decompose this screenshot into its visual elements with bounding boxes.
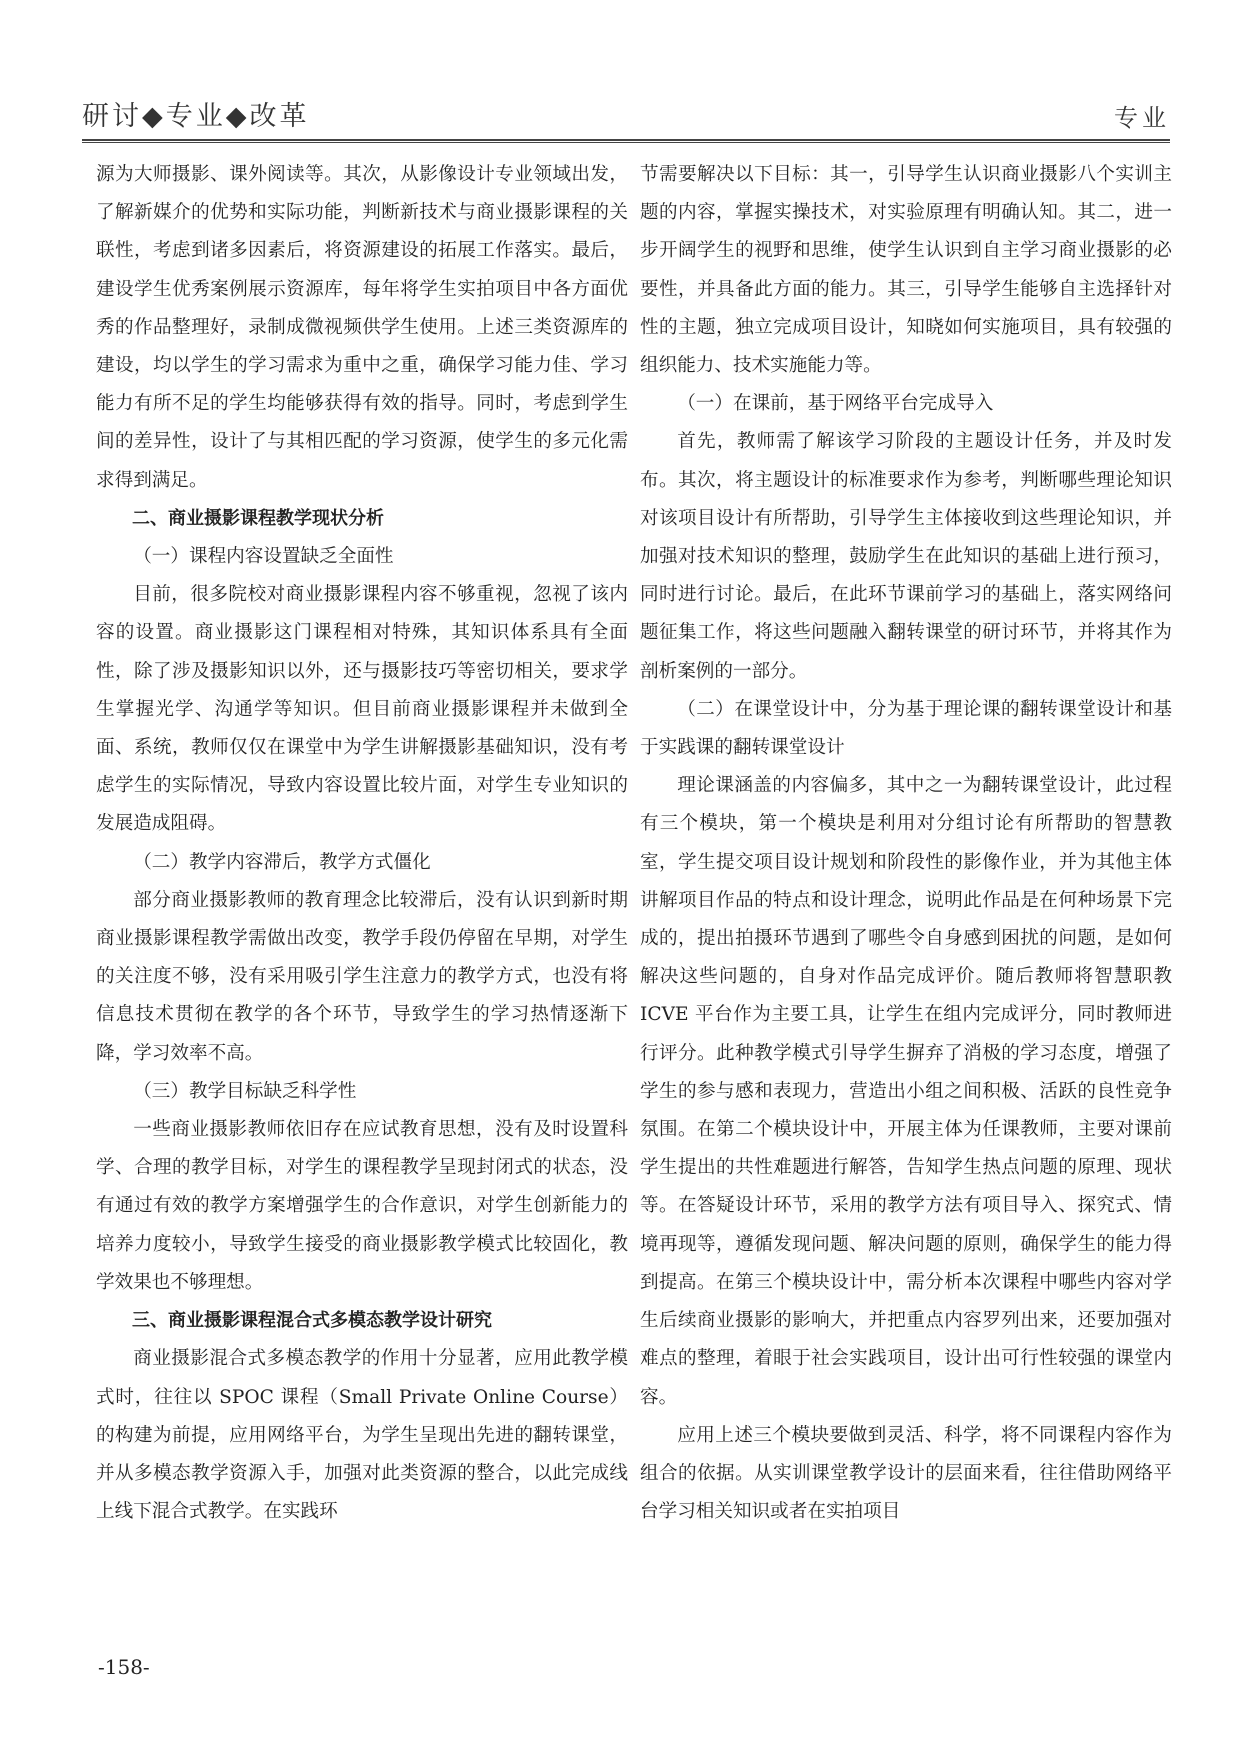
paragraph: 理论课涵盖的内容偏多，其中之一为翻转课堂设计，此过程有三个模块，第一个模块是利用… (640, 767, 1172, 1416)
running-header: 研讨◆专业◆改革 专业 (82, 86, 1170, 146)
left-column: 源为大师摄影、课外阅读等。其次，从影像设计专业领域出发，了解新媒介的优势和实际功… (96, 156, 628, 1531)
paragraph: 目前，很多院校对商业摄影课程内容不够重视，忽视了该内容的设置。商业摄影这门课程相… (96, 576, 628, 843)
subsection-heading: （二）教学内容滞后，教学方式僵化 (96, 844, 628, 882)
header-double-rule (82, 139, 1170, 143)
paragraph: 应用上述三个模块要做到灵活、科学，将不同课程内容作为组合的依据。从实训课堂教学设… (640, 1417, 1172, 1532)
paragraph: 一些商业摄影教师依旧存在应试教育思想，没有及时设置科学、合理的教学目标，对学生的… (96, 1111, 628, 1302)
right-column: 节需要解决以下目标：其一，引导学生认识商业摄影八个实训主题的内容，掌握实操技术，… (640, 156, 1172, 1531)
section-label: 专业 (1114, 98, 1170, 133)
section-heading-3: 三、商业摄影课程混合式多模态教学设计研究 (96, 1302, 628, 1340)
section-heading-2: 二、商业摄影课程教学现状分析 (96, 500, 628, 538)
journal-section-title: 研讨◆专业◆改革 (82, 94, 310, 133)
subsection-heading: （二）在课堂设计中，分为基于理论课的翻转课堂设计和基于实践课的翻转课堂设计 (640, 691, 1172, 767)
paragraph: 源为大师摄影、课外阅读等。其次，从影像设计专业领域出发，了解新媒介的优势和实际功… (96, 156, 628, 500)
subsection-heading: （一）在课前，基于网络平台完成导入 (640, 385, 1172, 423)
paragraph: 首先，教师需了解该学习阶段的主题设计任务，并及时发布。其次，将主题设计的标准要求… (640, 423, 1172, 690)
subsection-heading: （一）课程内容设置缺乏全面性 (96, 538, 628, 576)
paragraph: 部分商业摄影教师的教育理念比较滞后，没有认识到新时期商业摄影课程教学需做出改变，… (96, 882, 628, 1073)
page-number: -158- (98, 1655, 150, 1679)
paragraph: 商业摄影混合式多模态教学的作用十分显著，应用此教学模式时，往往以 SPOC 课程… (96, 1340, 628, 1531)
paragraph: 节需要解决以下目标：其一，引导学生认识商业摄影八个实训主题的内容，掌握实操技术，… (640, 156, 1172, 385)
subsection-heading: （三）教学目标缺乏科学性 (96, 1073, 628, 1111)
